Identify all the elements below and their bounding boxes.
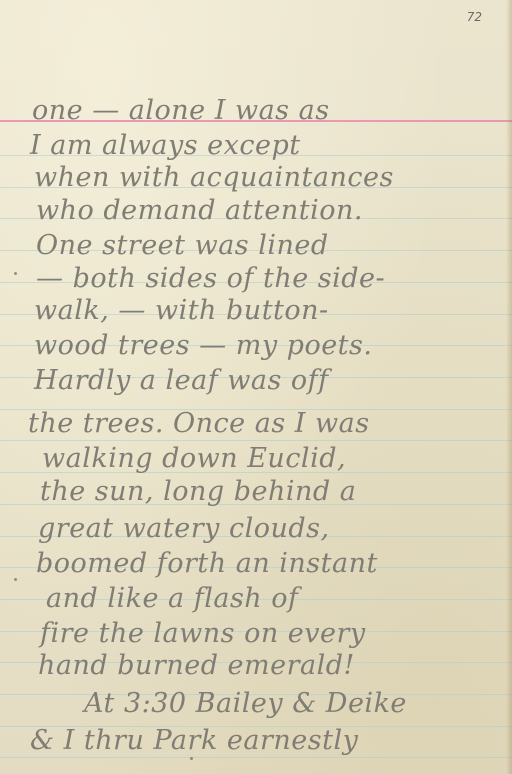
text-line: walking down Euclid, xyxy=(42,445,346,472)
rule-line xyxy=(0,440,512,441)
text-line: the sun, long behind a xyxy=(40,478,356,505)
text-line: fire the lawns on every xyxy=(40,620,366,647)
text-line: & I thru Park earnestly xyxy=(30,727,358,754)
text-line: At 3:30 Bailey & Deike xyxy=(84,690,407,717)
text-line: wood trees — my poets. xyxy=(34,332,372,359)
text-line: Hardly a leaf was off xyxy=(34,367,329,394)
text-line: walk, — with button- xyxy=(34,297,329,324)
ink-dot xyxy=(190,757,193,760)
text-line: the trees. Once as I was xyxy=(28,410,370,437)
ink-dot xyxy=(14,272,17,275)
text-line: who demand attention. xyxy=(36,197,363,224)
text-line: when with acquaintances xyxy=(34,164,394,191)
notebook-page: 72 one — alone I was as I am always exce… xyxy=(0,0,512,774)
ink-dot xyxy=(14,578,17,581)
page-number: 72 xyxy=(467,10,482,24)
text-line: great watery clouds, xyxy=(38,515,330,542)
text-line: — both sides of the side- xyxy=(36,265,385,292)
text-line: One street was lined xyxy=(36,232,329,259)
rule-line xyxy=(0,757,512,758)
text-line: one — alone I was as xyxy=(32,97,330,124)
text-line: hand burned emerald! xyxy=(38,652,355,679)
text-line: I am always except xyxy=(30,132,301,159)
text-line: and like a flash of xyxy=(46,585,299,612)
text-line: boomed forth an instant xyxy=(36,550,378,577)
